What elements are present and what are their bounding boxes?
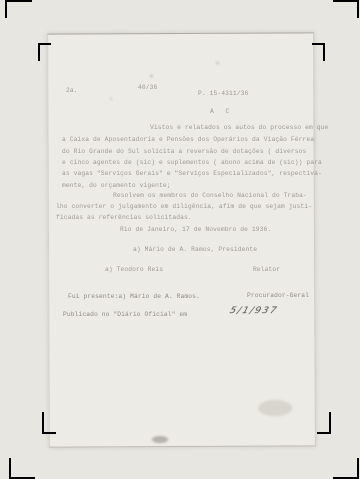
signature-relator-role: Relator xyxy=(253,266,280,273)
process-number: P. 15-4311/36 xyxy=(198,90,248,97)
speck xyxy=(150,75,153,77)
document-page xyxy=(47,32,316,447)
body-line: Vistos e relatados os autos do processo … xyxy=(150,124,328,131)
copy-label: 2a. xyxy=(66,87,78,94)
crop-mark-outer-top-right-icon xyxy=(333,0,359,18)
date-line: Rio de Janeiro, 17 de Novembro de 1936. xyxy=(120,226,271,233)
crop-mark-inner-bottom-left-icon xyxy=(42,412,56,434)
crop-mark-inner-top-right-icon xyxy=(312,43,325,61)
crop-mark-inner-top-left-icon xyxy=(38,43,51,61)
signature-president: a) Mário de A. Ramos, Presidente xyxy=(133,246,257,253)
signature-relator: a) Teodoro Reis xyxy=(105,266,163,273)
speck xyxy=(216,62,219,64)
ink-smudge xyxy=(152,436,168,443)
publication-line: Publicado no "Diário Oficial" em xyxy=(63,311,187,318)
body-line: e cinco agentes de (sic) e suplementos (… xyxy=(62,159,322,166)
section-mark: A C xyxy=(210,108,233,115)
handwritten-publication-date: 5/1/937 xyxy=(228,305,279,316)
crop-mark-outer-bottom-left-icon xyxy=(9,458,35,479)
crop-mark-outer-bottom-right-icon xyxy=(333,458,359,479)
body-line: lho converter o julgamento em diligência… xyxy=(56,203,312,210)
acordao-number: 40/36 xyxy=(138,84,157,91)
body-line: ficadas as referências solicitadas. xyxy=(56,214,192,221)
body-line: a Caixa de Aposentadoria e Pensões dos O… xyxy=(62,136,314,143)
presence-line: Fui presente:a) Mário de A. Ramos. xyxy=(68,293,200,300)
crop-mark-outer-top-left-icon xyxy=(5,0,32,18)
crop-mark-inner-bottom-right-icon xyxy=(317,412,331,434)
body-line: mente, do orçamento vigente; xyxy=(62,182,171,189)
body-line: Resolvem os membros do Conselho Nacional… xyxy=(113,192,307,199)
body-line: as vagas "Serviços Gerais" e "Serviços E… xyxy=(62,170,322,177)
speck xyxy=(110,98,112,100)
body-line: do Rio Grande do Sul solicita a reversão… xyxy=(62,148,306,155)
presence-role: Procurador-Geral xyxy=(247,292,309,299)
paper-stain xyxy=(258,400,292,416)
scanned-document-photo: 2a. 40/36 P. 15-4311/36 A C Vistos e rel… xyxy=(0,0,360,479)
